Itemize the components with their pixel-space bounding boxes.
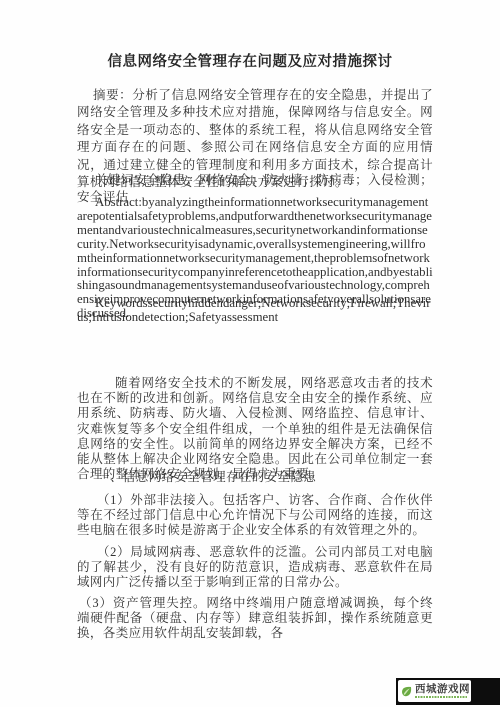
document-page: 信息网络安全管理存在问题及应对措施探讨 摘要：分析了信息网络安全管理存在的安全隐… xyxy=(0,0,500,707)
section1-heading: 一、信息网络安全管理存在的安全隐患 xyxy=(77,470,433,485)
section1-item-3: （3）资产管理失控。网络中终端用户随意增减调换，每个终端硬件配备（硬盘、内存等）… xyxy=(77,596,433,642)
keywords-en-line: Keywordssecurityhiddendanger;Networksecu… xyxy=(77,297,433,325)
section1-item-1: （1）外部非法接入。包括客户、访客、合作商、合作伙伴等在不经过部门信息中心允许情… xyxy=(77,493,433,539)
watermark-site-name: 西城游戏网 xyxy=(415,684,470,695)
intro-paragraph: 随着网络安全技术的不断发展，网络恶意攻击者的技术也在不断的改进和创新。网络信息安… xyxy=(77,376,433,482)
watermark-tagline-microtext xyxy=(415,696,467,699)
page-title: 信息网络安全管理存在问题及应对措施探讨 xyxy=(0,50,500,71)
leaf-icon xyxy=(400,685,413,698)
section1-item-2: （2）局域网病毒、恶意软件的泛滥。公司内部员工对电脑的了解甚少，没有良好的防范意… xyxy=(77,545,433,591)
watermark-logo: 西城游戏网 xyxy=(398,680,471,702)
watermark-block: 西城游戏网 xyxy=(396,678,500,705)
